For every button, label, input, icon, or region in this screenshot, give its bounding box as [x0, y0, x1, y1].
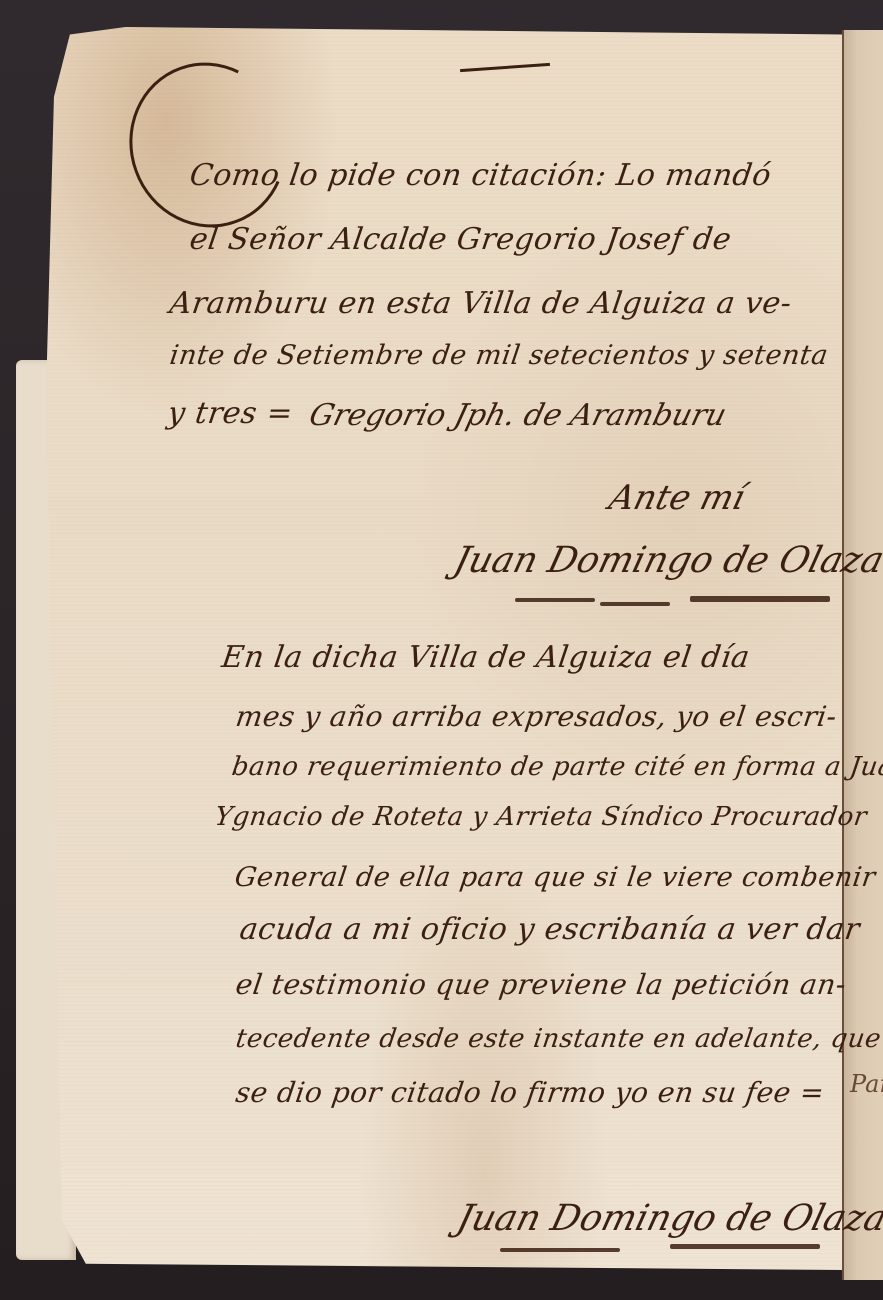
- facing-page: Parra: [842, 30, 883, 1280]
- diligence-line-7: el testimonio que previene la petición a…: [234, 968, 849, 1001]
- rubric-flourish: [690, 596, 830, 602]
- facing-page-fragment: Parra: [850, 1070, 883, 1098]
- alcalde-signature: Gregorio Jph. de Aramburu: [306, 398, 730, 433]
- notary-signature-2: Juan Domingo de Olaza: [453, 1198, 883, 1239]
- diligence-line-5: General de ella para que si le viere com…: [233, 862, 878, 893]
- decree-line-1: Como lo pide con citación: Lo mandó: [188, 158, 774, 193]
- diligence-line-8: tecedente desde este instante en adelant…: [234, 1024, 883, 1054]
- decree-line-4: inte de Setiembre de mil setecientos y s…: [168, 340, 830, 371]
- rubric-flourish: [670, 1244, 820, 1249]
- decree-line-5: y tres =: [166, 396, 296, 431]
- rubric-flourish: [600, 602, 670, 606]
- ante-mi-label: Ante mí: [605, 478, 749, 518]
- diligence-line-6: acuda a mi oficio y escribanía a ver dar: [238, 912, 863, 947]
- diligence-line-1: En la dicha Villa de Alguiza el día: [220, 640, 753, 675]
- decree-line-3: Aramburu en esta Villa de Alguiza a ve-: [168, 286, 794, 321]
- diligence-line-2: mes y año arriba expresados, yo el escri…: [234, 700, 839, 733]
- decree-line-2: el Señor Alcalde Gregorio Josef de: [188, 222, 734, 257]
- rubric-flourish: [500, 1248, 620, 1252]
- notary-signature-1: Juan Domingo de Olaza: [450, 540, 883, 581]
- diligence-line-3: bano requerimiento de parte cité en form…: [230, 752, 883, 782]
- diligence-line-4: Ygnacio de Roteta y Arrieta Síndico Proc…: [213, 802, 869, 832]
- rubric-flourish: [515, 598, 595, 602]
- diligence-line-9: se dio por citado lo firmo yo en su fee …: [234, 1076, 827, 1109]
